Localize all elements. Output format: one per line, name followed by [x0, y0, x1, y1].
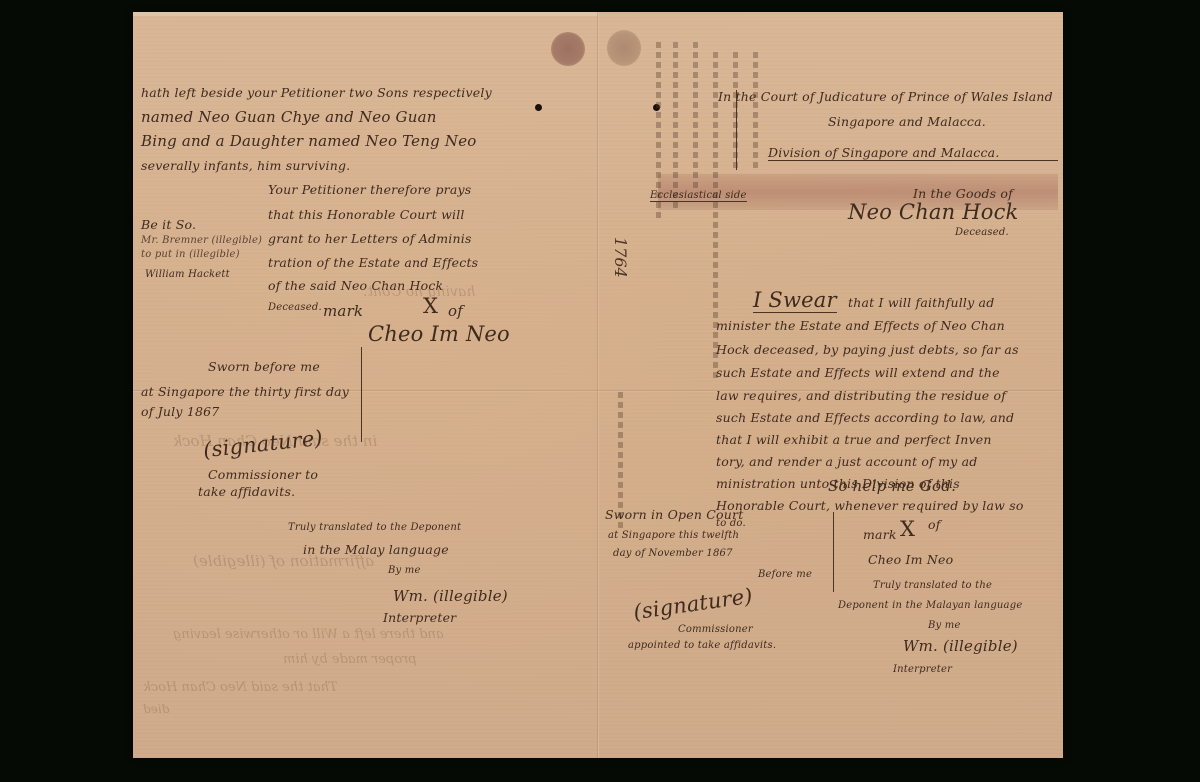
commissioner-title: Commissioner to: [208, 467, 318, 482]
mark-x-symbol: X: [423, 294, 438, 318]
oath-line: minister the Estate and Effects of Neo C…: [716, 318, 1005, 333]
sworn-line: Sworn in Open Court: [605, 507, 743, 522]
petition-line: that this Honorable Court will: [268, 207, 465, 222]
seal-stain-right: [607, 30, 641, 66]
translator-title: Interpreter: [893, 664, 952, 675]
commissioner-title: appointed to take affidavits.: [628, 640, 776, 651]
translator-signature: Wm. (illegible): [393, 587, 508, 605]
translator-signature: Wm. (illegible): [903, 637, 1018, 655]
oath-line: Honorable Court, whenever required by la…: [716, 498, 1024, 513]
court-header: In the Court of Judicature of Prince of …: [718, 89, 1053, 104]
oath-line: that I will exhibit a true and perfect I…: [716, 432, 992, 447]
petition-line: Your Petitioner therefore prays: [268, 182, 471, 197]
petition-line: grant to her Letters of Adminis: [268, 231, 472, 246]
translation-note: Truly translated to the Deponent: [288, 522, 461, 533]
sworn-line: Sworn before me: [208, 359, 320, 374]
translation-note: Truly translated to the: [873, 580, 992, 591]
oath-line: Hock deceased, by paying just debts, so …: [716, 342, 1019, 357]
oath-line: that I will faithfully ad: [848, 295, 994, 310]
deceased-label: Deceased.: [955, 227, 1009, 238]
petition-line: tration of the Estate and Effects: [268, 255, 478, 270]
petitioner-name: Cheo Im Neo: [368, 322, 510, 346]
translation-note: in the Malay language: [303, 542, 449, 557]
binding-hole-left: [535, 104, 542, 111]
deponent-name: Cheo Im Neo: [868, 552, 953, 567]
petition-line: Deceased.: [268, 302, 322, 313]
sworn-line: of July 1867: [141, 404, 219, 419]
bleed-through-text: died: [143, 702, 169, 716]
bracket-line: [833, 512, 834, 592]
sworn-line: at Singapore this twelfth: [608, 530, 739, 541]
sideways-file-number: 1764: [611, 237, 630, 278]
sworn-line: day of November 1867: [613, 548, 733, 559]
translation-note: Deponent in the Malayan language: [838, 600, 1022, 611]
oath-closing: So help me God.: [828, 477, 956, 495]
bracket-line: [361, 347, 362, 442]
header-rule: [928, 160, 1058, 161]
deceased-name: Neo Chan Hock: [848, 200, 1018, 224]
translator-title: Interpreter: [383, 610, 456, 625]
petition-line: named Neo Guan Chye and Neo Guan: [141, 108, 437, 126]
document-sheet: having no Cont. in the said Neo Chan Hoc…: [133, 12, 1063, 758]
commissioner-title: Commissioner: [678, 624, 753, 635]
bleed-column: [753, 52, 758, 172]
petition-line: severally infants, him surviving.: [141, 158, 350, 173]
commissioner-title: take affidavits.: [198, 484, 295, 499]
sworn-line: Before me: [758, 569, 812, 580]
petition-line: of the said Neo Chan Hock: [268, 278, 443, 293]
oath-line: tory, and render a just account of my ad: [716, 454, 977, 469]
margin-note-line: Be it So.: [141, 217, 196, 232]
translator-by: By me: [388, 565, 421, 576]
bleed-through-text: proper made by him: [283, 652, 417, 667]
margin-note-line: Mr. Bremner (illegible): [141, 235, 262, 246]
translator-by: By me: [928, 620, 961, 631]
petition-line: Bing and a Daughter named Neo Teng Neo: [141, 132, 477, 150]
in-goods-of-label: In the Goods of: [913, 186, 1013, 201]
oath-opening: I Swear: [753, 288, 837, 313]
sworn-line: at Singapore the thirty first day: [141, 384, 349, 399]
mark-suffix: of: [448, 302, 463, 320]
petition-line: hath left beside your Petitioner two Son…: [141, 85, 492, 100]
oath-line: law requires, and distributing the resid…: [716, 388, 1006, 403]
margin-note-line: to put in (illegible): [141, 249, 240, 260]
oath-line: such Estate and Effects according to law…: [716, 410, 1014, 425]
center-fold-line: [597, 12, 599, 758]
oath-line: such Estate and Effects will extend and …: [716, 365, 1000, 380]
mark-label: mark: [323, 302, 363, 320]
bleed-column: [673, 42, 678, 212]
mark-label: mark: [863, 527, 897, 542]
court-header: Singapore and Malacca.: [828, 114, 986, 129]
jurisdiction-label: Ecclesiastical side: [650, 190, 747, 202]
mark-suffix: of: [928, 517, 941, 532]
bleed-through-text: and there left a Will or otherwise leavi…: [173, 627, 444, 642]
commissioner-signature: (signature): [632, 584, 754, 624]
margin-note-signature: William Hackett: [145, 269, 230, 280]
bleed-column: [693, 42, 698, 192]
seal-stain-left: [551, 32, 585, 66]
header-bracket-line: [736, 90, 737, 170]
mark-x-symbol: X: [900, 517, 915, 541]
court-division: Division of Singapore and Malacca.: [768, 145, 1000, 161]
paper-edge: [133, 12, 598, 16]
bleed-through-text: That the said Neo Chan Hock: [143, 680, 338, 695]
